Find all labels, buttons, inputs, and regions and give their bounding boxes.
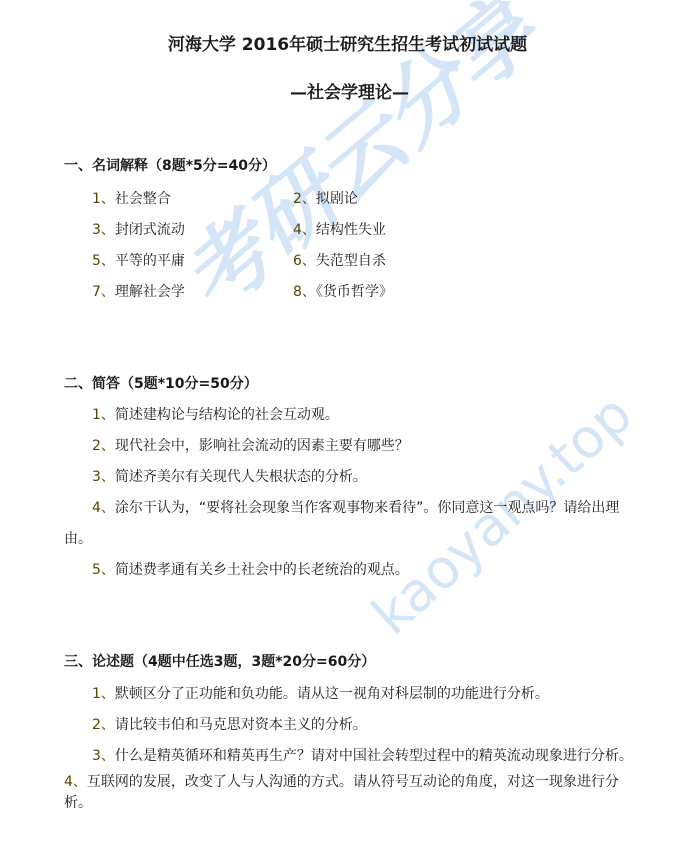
item-text: 什么是精英循环和精英再生产？请对中国社会转型过程中的精英流动现象进行分析。 (115, 748, 633, 764)
item-text: 《货币哲学》 (316, 284, 393, 300)
item-text: 结构性失业 (316, 222, 386, 238)
item-text: 社会整合 (115, 191, 171, 207)
question-item: 2、现代社会中，影响社会流动的因素主要有哪些？ (92, 435, 409, 455)
question-item: 3、简述齐美尔有关现代人失根状态的分析。 (92, 466, 367, 486)
item-number: 1、 (92, 407, 115, 423)
item-text: 失范型自杀 (316, 253, 386, 269)
item-number: 4、 (293, 222, 316, 238)
item-text: 简述建构论与结构论的社会互动观。 (115, 407, 339, 423)
item-number: 1、 (92, 686, 115, 702)
item-number: 2、 (92, 717, 115, 733)
question-item: 2、请比较韦伯和马克思对资本主义的分析。 (92, 714, 367, 734)
term-item: 1、社会整合 (92, 188, 171, 208)
item-number: 2、 (92, 438, 115, 454)
item-number: 5、 (92, 253, 115, 269)
question-item: 3、什么是精英循环和精英再生产？请对中国社会转型过程中的精英流动现象进行分析。 (92, 745, 633, 765)
item-text: 请比较韦伯和马克思对资本主义的分析。 (115, 717, 367, 733)
term-item: 4、结构性失业 (293, 219, 386, 239)
item-text: 涂尔干认为，“要将社会现象当作客观事物来看待”。你同意这一观点吗？请给出理 (115, 500, 620, 516)
section-heading-short-answer: 二、简答（5题*10分=50分） (64, 373, 258, 393)
question-item-continuation: 析。 (64, 792, 92, 812)
question-item-continuation: 由。 (64, 528, 92, 548)
question-item: 1、简述建构论与结构论的社会互动观。 (92, 404, 339, 424)
exam-title: 河海大学 2016年硕士研究生招生考试初试试题 (0, 30, 697, 55)
item-number: 3、 (92, 748, 115, 764)
question-item: 1、默顿区分了正功能和负功能。请从这一视角对科层制的功能进行分析。 (92, 683, 549, 703)
item-number: 5、 (92, 562, 115, 578)
item-number: 3、 (92, 222, 115, 238)
question-item: 5、简述费孝通有关乡土社会中的长老统治的观点。 (92, 559, 409, 579)
item-text: 封闭式流动 (115, 222, 185, 238)
term-item: 7、理解社会学 (92, 281, 185, 301)
item-text: 简述费孝通有关乡土社会中的长老统治的观点。 (115, 562, 409, 578)
item-number: 2、 (293, 191, 316, 207)
item-number: 1、 (92, 191, 115, 207)
item-text: 拟剧论 (316, 191, 358, 207)
exam-subject: —社会学理论— (0, 78, 699, 103)
item-text: 现代社会中，影响社会流动的因素主要有哪些？ (115, 438, 409, 454)
exam-page: 考研云分享 kaoyany.top 河海大学 2016年硕士研究生招生考试初试试… (0, 0, 699, 859)
term-item: 3、封闭式流动 (92, 219, 185, 239)
term-item: 8、《货币哲学》 (293, 281, 393, 301)
item-text: 理解社会学 (115, 284, 185, 300)
item-text: 简述齐美尔有关现代人失根状态的分析。 (115, 469, 367, 485)
item-number: 3、 (92, 469, 115, 485)
question-item: 4、涂尔干认为，“要将社会现象当作客观事物来看待”。你同意这一观点吗？请给出理 (92, 497, 619, 517)
section-heading-terms: 一、名词解释（8题*5分=40分） (64, 155, 276, 175)
item-number: 7、 (92, 284, 115, 300)
item-number: 8、 (293, 284, 316, 300)
item-number: 4、 (92, 500, 115, 516)
term-item: 6、失范型自杀 (293, 250, 386, 270)
item-text: 平等的平庸 (115, 253, 185, 269)
term-item: 2、拟剧论 (293, 188, 358, 208)
question-item: 4、互联网的发展，改变了人与人沟通的方式。请从符号互动论的角度，对这一现象进行分 (64, 771, 619, 791)
item-number: 4、 (64, 774, 87, 790)
section-heading-essay: 三、论述题（4题中任选3题，3题*20分=60分） (64, 651, 375, 671)
item-text: 默顿区分了正功能和负功能。请从这一视角对科层制的功能进行分析。 (115, 686, 549, 702)
item-text: 互联网的发展，改变了人与人沟通的方式。请从符号互动论的角度，对这一现象进行分 (87, 774, 619, 790)
term-item: 5、平等的平庸 (92, 250, 185, 270)
item-number: 6、 (293, 253, 316, 269)
